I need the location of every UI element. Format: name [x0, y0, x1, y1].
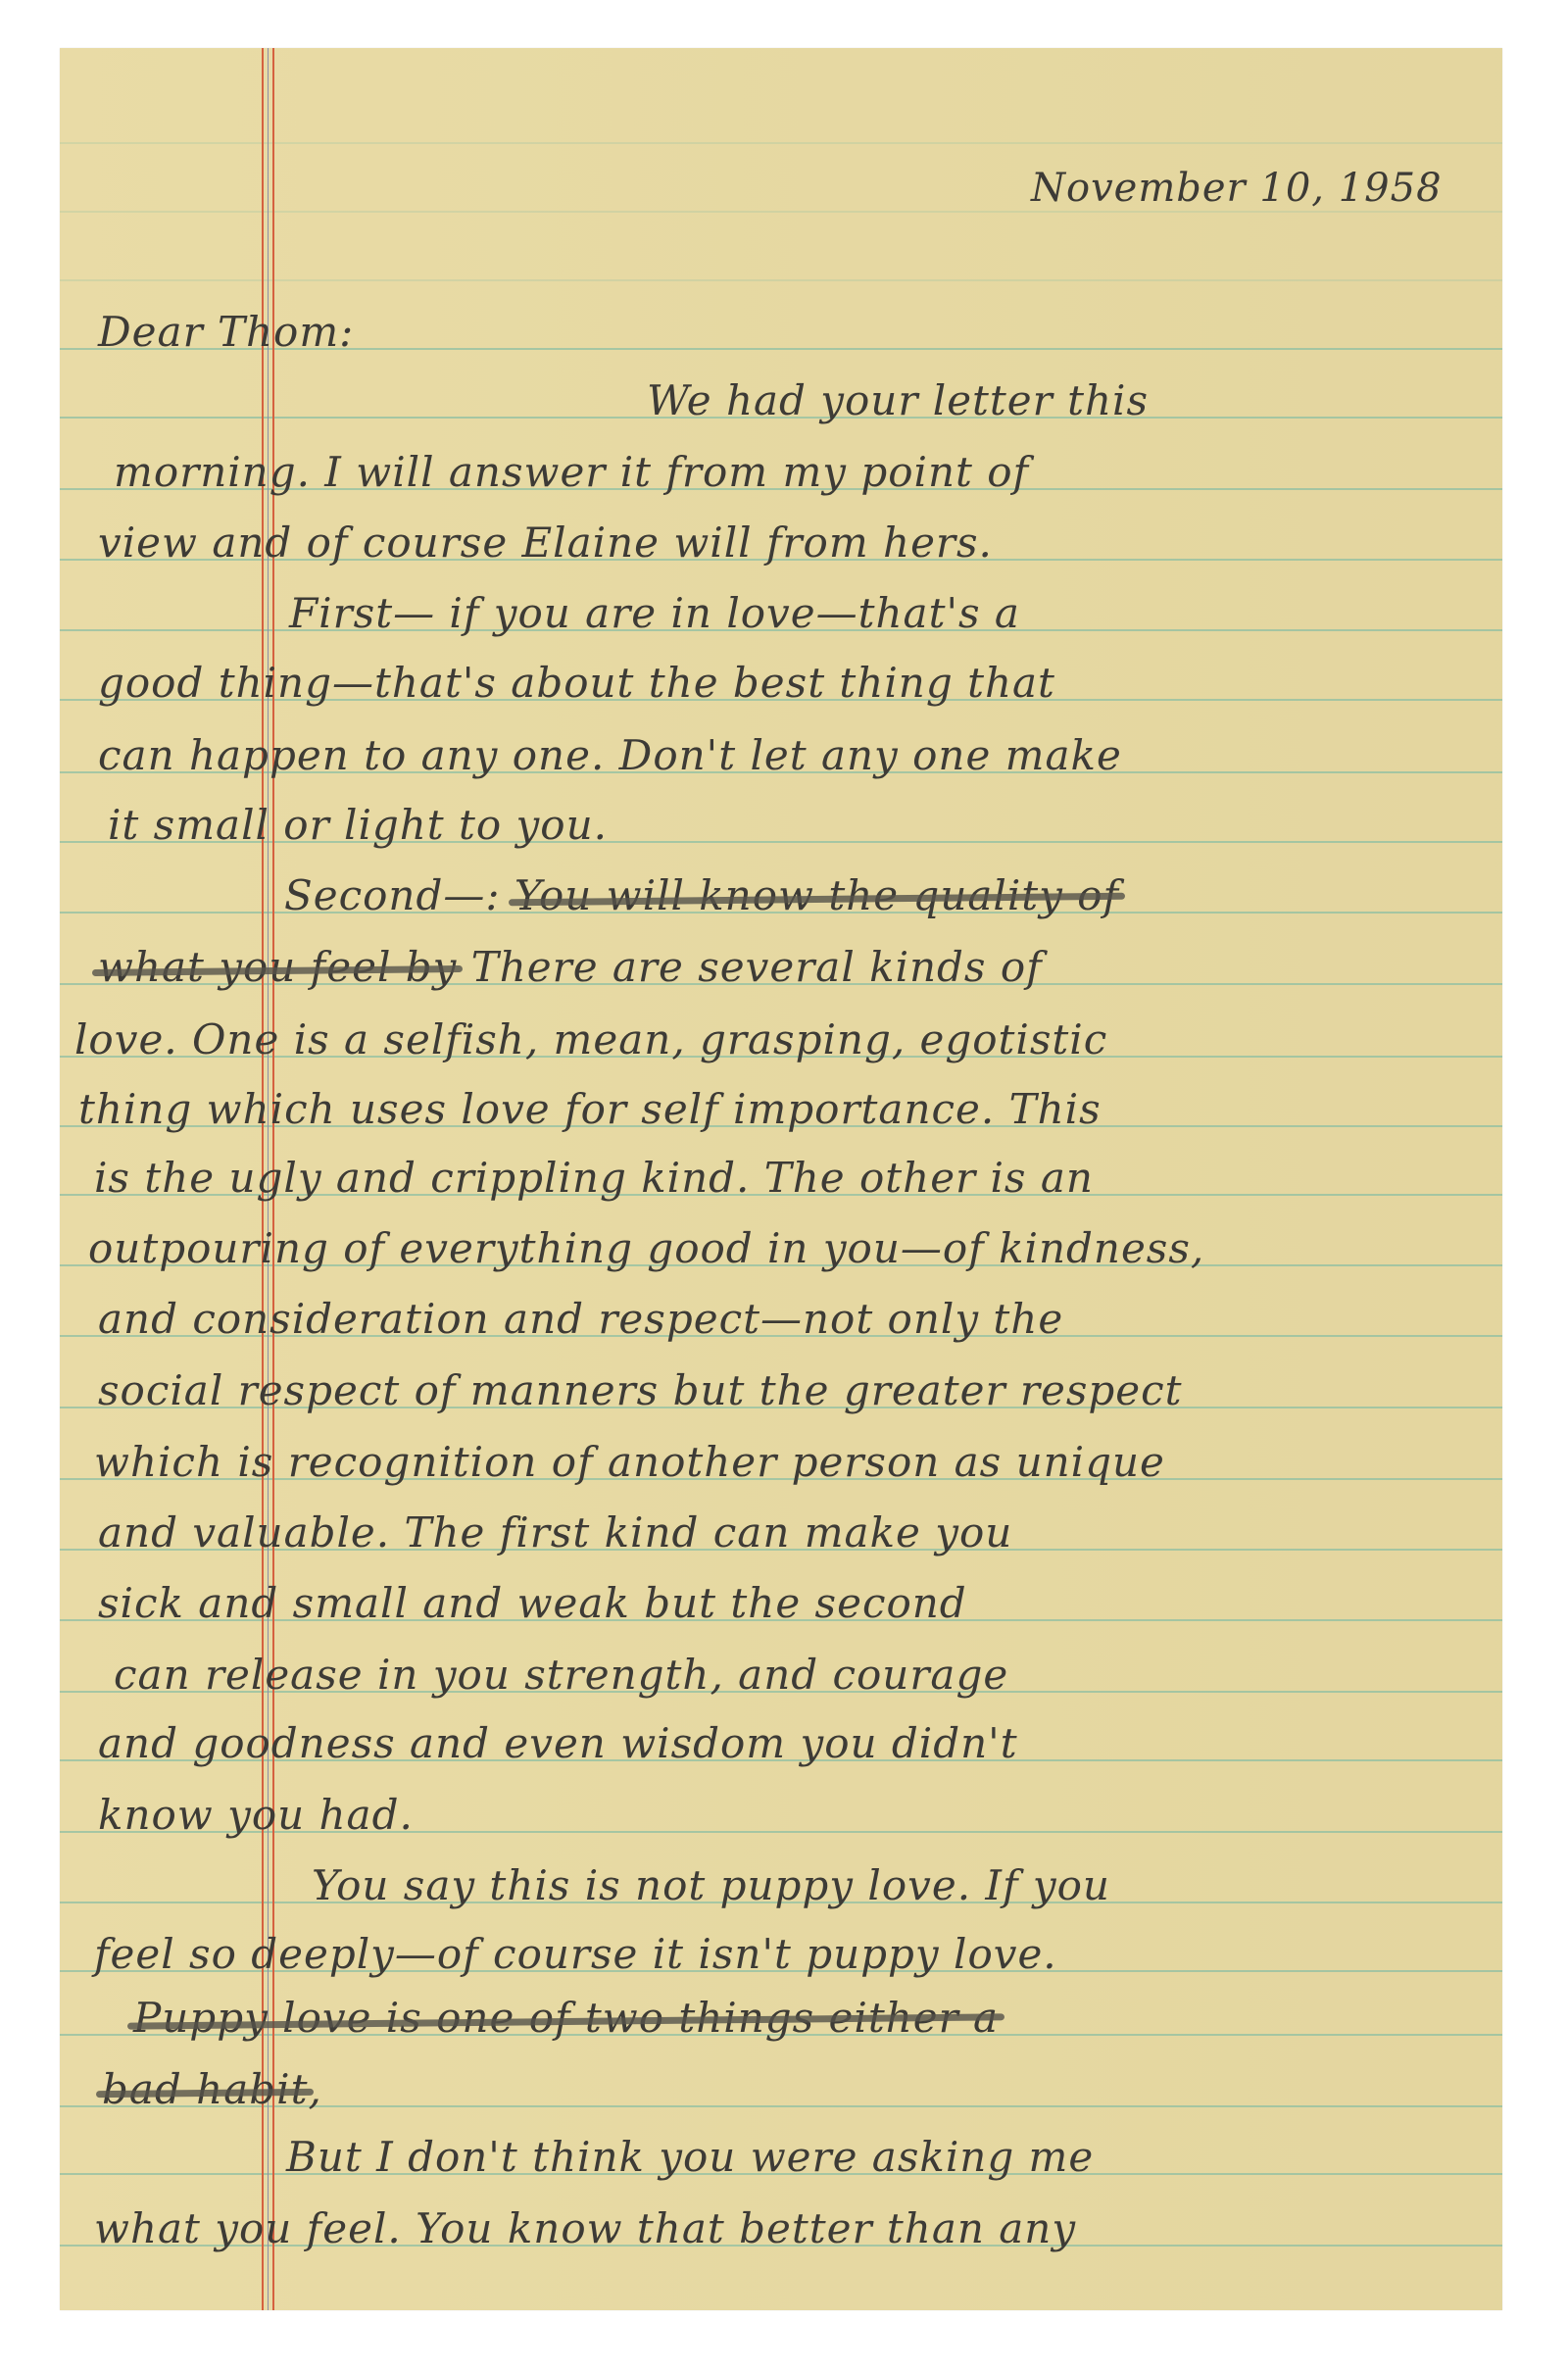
- line-text: There are several kinds of: [457, 943, 1042, 991]
- letter-line: sick and small and weak but the second: [98, 1583, 967, 1624]
- letter-line: view and of course Elaine will from hers…: [98, 522, 993, 564]
- letter-line: social respect of manners but the greate…: [98, 1370, 1183, 1411]
- letter-line: is the ugly and crippling kind. The othe…: [94, 1158, 1094, 1199]
- letter-line: what you feel by There are several kinds…: [98, 947, 1043, 988]
- letter-line: But I don't think you were asking me: [286, 2137, 1094, 2178]
- letter-line: We had your letter this: [647, 380, 1149, 421]
- letter-line: and consideration and respect—not only t…: [98, 1299, 1063, 1340]
- struck-text: bad habit: [102, 2065, 308, 2113]
- letter-line: thing which uses love for self importanc…: [78, 1089, 1102, 1130]
- letter-date: November 10, 1958: [1031, 169, 1443, 208]
- letter-line: know you had.: [98, 1795, 414, 1836]
- letter-line: Second—: You will know the quality of: [284, 875, 1119, 916]
- letter-line: and goodness and even wisdom you didn't: [98, 1723, 1018, 1764]
- letter-line: and valuable. The first kind can make yo…: [98, 1512, 1012, 1554]
- ruled-line: [60, 279, 1502, 281]
- letter-line: good thing—that's about the best thing t…: [98, 663, 1055, 704]
- letter-line: love. One is a selfish, mean, grasping, …: [74, 1019, 1107, 1061]
- letter-line: bad habit,: [102, 2069, 322, 2110]
- ruled-line: [60, 211, 1502, 213]
- letter-line: which is recognition of another person a…: [94, 1442, 1165, 1483]
- letter-line: it small or light to you.: [108, 805, 608, 846]
- struck-text: Puppy love is one of two things either a: [133, 1994, 999, 2042]
- line-text: Second—:: [284, 871, 514, 919]
- struck-text: what you feel by: [98, 943, 457, 991]
- letter-line: outpouring of everything good in you—of …: [88, 1228, 1204, 1269]
- ruled-line: [60, 142, 1502, 144]
- letter-line: what you feel. You know that better than…: [94, 2208, 1076, 2249]
- letter-line: morning. I will answer it from my point …: [114, 452, 1029, 493]
- letter-line: Puppy love is one of two things either a: [133, 1998, 999, 2039]
- struck-text: You will know the quality of: [514, 871, 1119, 919]
- letter-line: can release in you strength, and courage: [114, 1655, 1008, 1696]
- letter-line: can happen to any one. Don't let any one…: [98, 735, 1122, 776]
- letter-line: You say this is not puppy love. If you: [312, 1865, 1110, 1906]
- letter-line: First— if you are in love—that's a: [289, 593, 1020, 634]
- salutation: Dear Thom:: [98, 312, 354, 353]
- letter-line: feel so deeply—of course it isn't puppy …: [94, 1934, 1057, 1975]
